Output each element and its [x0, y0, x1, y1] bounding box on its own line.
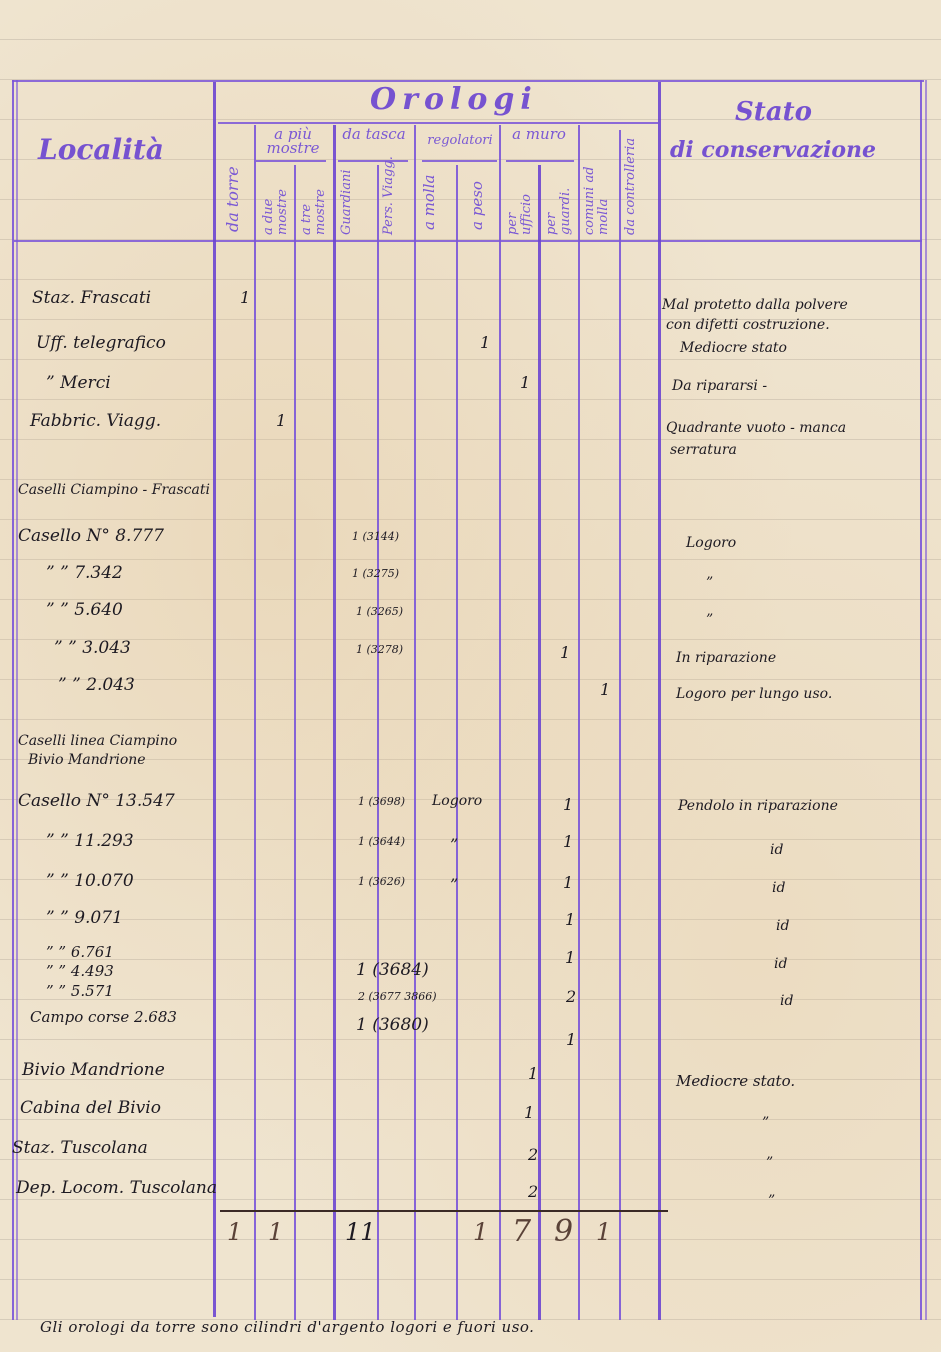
total-per-guardiani: 9 [554, 1214, 573, 1249]
ledger-page: Località Orologi Stato di conservazione … [0, 0, 941, 1352]
cell-per-ufficio: 2 [528, 1145, 538, 1164]
cell-per-guardiani: 2 [566, 987, 576, 1006]
row-localita: ” ” 7.342 [46, 563, 123, 583]
stato-note: id [776, 918, 789, 934]
cell-guardiani: 2 (3677 3866) [358, 990, 437, 1003]
col-header-da-torre: da torre [226, 166, 240, 232]
row-localita: Uff. telegrafico [36, 333, 166, 353]
stato-note: serratura [670, 442, 737, 458]
col-line-2 [294, 165, 296, 1320]
total-comuni: 1 [596, 1218, 611, 1246]
cell-per-guardiani: 1 [565, 910, 575, 929]
group-underline-piu [256, 160, 326, 162]
stato-note: ” [706, 612, 713, 628]
cell-guardiani: 1 (3265) [356, 605, 403, 618]
col-line-5 [414, 125, 416, 1320]
stato-note: Pendolo in riparazione [678, 798, 838, 814]
cell-per-guardiani: 1 [563, 795, 573, 814]
col-line-10 [619, 130, 621, 1320]
row-localita: ” ” 6.761 [46, 943, 114, 961]
row-localita: Bivio Mandrione [22, 1060, 165, 1080]
col-line-3 [333, 125, 336, 1320]
cell-guardiani: 1 (3644) [358, 835, 405, 848]
stato-column-divider [658, 82, 661, 1320]
cell-guardiani: 1 (3144) [352, 530, 399, 543]
col-header-per-guardi: per guardi. [545, 175, 573, 235]
row-localita: Fabbric. Viagg. [30, 411, 161, 431]
footnote: Gli orologi da torre sono cilindri d'arg… [40, 1318, 534, 1336]
col-header-da-controlleria: da controlleria [624, 125, 638, 235]
left-border-inner [16, 80, 18, 1320]
row-localita: ” ” 9.071 [46, 908, 123, 928]
section-heading: Caselli linea Ciampino [18, 733, 177, 749]
cell-ditto: ” [450, 875, 458, 894]
row-localita: ” ” 2.043 [58, 675, 135, 695]
cell-ditto: ” [450, 835, 458, 854]
stato-note: In riparazione [676, 650, 776, 666]
cell-guardiani: 1 (3275) [352, 567, 399, 580]
left-border [12, 80, 14, 1320]
right-border-inner [925, 80, 927, 1320]
cell-per-ufficio: 1 [520, 373, 530, 392]
stato-note: id [774, 956, 787, 972]
section-heading: Caselli Ciampino - Frascati [18, 482, 210, 498]
col-line-6 [456, 165, 458, 1320]
cell-a-due-mostre: 1 [276, 411, 286, 430]
cell-per-guardiani: 1 [563, 832, 573, 851]
col-header-pers-viagg: Pers. Viagg. [382, 156, 396, 235]
col-header-a-tre-mostre: a tre mostre [300, 165, 328, 235]
totals-rule [220, 1210, 668, 1212]
row-localita: ” Merci [46, 373, 111, 393]
cell-per-ufficio: 1 [524, 1103, 534, 1122]
row-localita: Casello N° 8.777 [18, 526, 164, 546]
group-a-muro: a muro [506, 127, 572, 141]
stato-note: Mediocre stato [680, 340, 787, 356]
cell-note: Logoro [432, 793, 482, 809]
group-a-piu-mostre: a più mostre [258, 127, 328, 155]
stato-note: id [780, 993, 793, 1009]
col-header-per-ufficio: per ufficio [506, 175, 534, 235]
total-a-due-mostre: 1 [268, 1218, 283, 1246]
section-heading: Bivio Mandrione [28, 752, 146, 768]
stato-note: id [772, 880, 785, 896]
total-da-torre: 1 [227, 1218, 242, 1246]
row-localita: ” ” 4.493 [46, 962, 114, 980]
col-header-a-molla: a molla [422, 170, 436, 230]
group-underline-regolatori [422, 160, 497, 162]
row-localita: Staz. Frascati [32, 288, 151, 308]
row-localita: ” ” 5.640 [46, 600, 123, 620]
stato-note: Logoro per lungo uso. [676, 686, 832, 702]
stato-note: ” [706, 575, 713, 591]
row-localita: Cabina del Bivio [20, 1098, 161, 1118]
row-localita: Dep. Locom. Tuscolana [16, 1178, 217, 1198]
group-regolatori: regolatori [418, 134, 502, 148]
stato-note: Mal protetto dalla polvere [662, 297, 848, 313]
col-line-7 [499, 125, 501, 1320]
total-a-peso: 1 [473, 1218, 488, 1246]
row-localita: Casello N° 13.547 [18, 791, 175, 811]
row-localita: Staz. Tuscolana [12, 1138, 148, 1158]
col-header-comuni-ad-molla: comuni ad molla [583, 135, 611, 235]
stato-note: Quadrante vuoto - manca [666, 420, 846, 436]
localita-header: Località [38, 133, 164, 166]
cell-a-peso: 1 [480, 333, 490, 352]
col-header-a-due-mostre: a due mostre [262, 165, 290, 235]
stato-note: Da ripararsi - [672, 378, 767, 394]
cell-da-torre: 1 [240, 288, 250, 307]
stato-note: ” [762, 1115, 769, 1131]
stato-note: ” [768, 1193, 775, 1209]
cell-per-guardiani: 1 [560, 643, 570, 662]
row-localita: ” ” 5.571 [46, 982, 114, 1000]
cell-guardiani: 1 (3698) [358, 795, 405, 808]
cell-comuni: 1 [600, 680, 610, 699]
col-header-a-peso: a peso [470, 181, 484, 230]
cell-per-guardiani: 1 [565, 948, 575, 967]
cell-guardiani: 1 (3684) [356, 960, 429, 980]
cell-per-ufficio: 1 [528, 1064, 538, 1083]
orologi-subheader-line [218, 122, 658, 124]
group-underline-tasca [338, 160, 408, 162]
cell-per-guardiani: 1 [566, 1030, 576, 1049]
group-underline-muro [506, 160, 574, 162]
stato-note: ” [766, 1155, 773, 1171]
col-line-9 [578, 125, 580, 1320]
col-line-1 [254, 125, 256, 1320]
cell-guardiani: 1 (3680) [356, 1015, 429, 1035]
right-border [920, 80, 922, 1320]
row-localita: Campo corse 2.683 [30, 1008, 177, 1026]
stato-note: id [770, 842, 783, 858]
col-line-4 [377, 165, 379, 1320]
conservazione-header: di conservazione [670, 137, 876, 163]
total-guardiani: 11 [345, 1218, 376, 1246]
total-per-ufficio: 7 [512, 1214, 531, 1249]
cell-per-ufficio: 2 [528, 1182, 538, 1201]
row-localita: ” ” 11.293 [46, 831, 134, 851]
stato-header: Stato [735, 97, 812, 127]
col-header-guardiani: Guardiani [340, 170, 354, 235]
orologi-header: Orologi [370, 82, 538, 117]
cell-per-guardiani: 1 [563, 873, 573, 892]
group-da-tasca: da tasca [342, 127, 406, 141]
cell-guardiani: 1 (3626) [358, 875, 405, 888]
col-line-8 [538, 165, 541, 1320]
stato-note: Logoro [686, 535, 736, 551]
stato-note: con difetti costruzione. [666, 317, 830, 333]
row-localita: ” ” 3.043 [54, 638, 131, 658]
cell-guardiani: 1 (3278) [356, 643, 403, 656]
header-bottom-border [14, 240, 922, 242]
localita-column-divider [213, 82, 216, 1317]
stato-note: Mediocre stato. [676, 1072, 795, 1090]
row-localita: ” ” 10.070 [46, 871, 134, 891]
